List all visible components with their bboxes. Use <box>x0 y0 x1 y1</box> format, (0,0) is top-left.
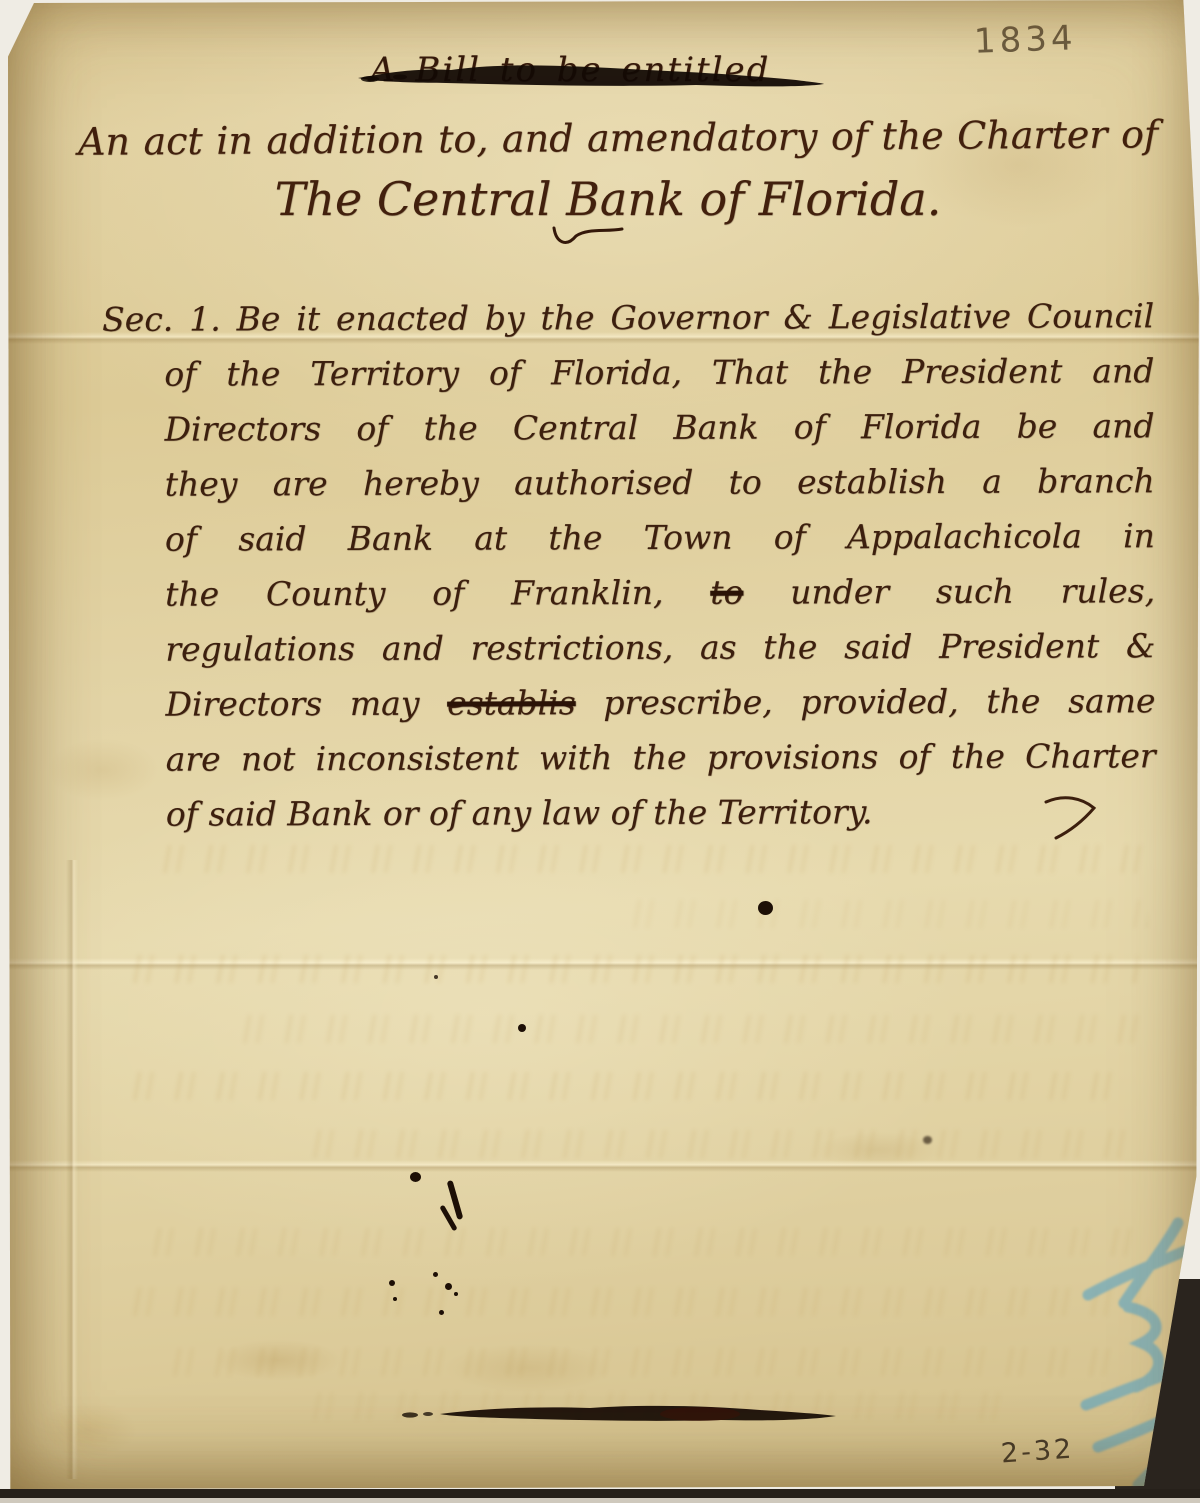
bottom-ink-smear <box>400 1396 840 1432</box>
ink-speck <box>433 1272 438 1277</box>
body-lines: Sec. 1. Be it enacted by the Governor & … <box>102 288 1156 842</box>
line-text: under such rules, <box>743 571 1155 611</box>
ink-spot <box>758 901 773 915</box>
bleedthrough-row <box>128 955 1138 983</box>
ink-speck <box>393 1297 397 1301</box>
ink-speck <box>434 975 438 979</box>
paper-sheet: 1834 2-32 A Bill to be entitled An act i… <box>8 0 1200 1489</box>
bleedthrough-row <box>128 1288 1148 1316</box>
manuscript-line: Sec. 1. Be it enacted by the Governor & … <box>102 288 1154 347</box>
manuscript-line: are not inconsistent with the provisions… <box>104 728 1156 787</box>
struck-out-title: A Bill to be entitled <box>370 50 790 90</box>
manuscript-line: Directors of the Central Bank of Florida… <box>102 398 1154 457</box>
line-text: they are hereby authorised to establish … <box>165 461 1155 503</box>
vertical-crease <box>66 860 78 1479</box>
page-code-annotation: 2-32 <box>1000 1433 1075 1469</box>
act-title-line-2: The Central Bank of Florida. <box>8 172 1200 226</box>
manuscript-line: they are hereby authorised to establish … <box>103 453 1155 512</box>
ink-speck <box>389 1280 395 1286</box>
manuscript-scan: 1834 2-32 A Bill to be entitled An act i… <box>0 0 1200 1503</box>
line-text: Directors may <box>165 684 447 724</box>
bleedthrough-row <box>148 1228 1148 1256</box>
faint-ink-spot <box>923 1136 932 1144</box>
title-flourish <box>548 222 628 252</box>
manuscript-line: of the Territory of Florida, That the Pr… <box>102 343 1154 402</box>
ink-spot <box>410 1172 421 1182</box>
bleedthrough-row <box>168 1348 1128 1376</box>
line-text: the County of Franklin, <box>165 573 710 614</box>
line-text: Directors of the Central Bank of Florida… <box>164 406 1154 448</box>
struck-word: to <box>710 573 743 612</box>
ink-speck <box>445 1283 452 1290</box>
manuscript-line: the County of Franklin, to under such ru… <box>103 563 1155 622</box>
line-text: of said Bank or of any law of the Territ… <box>166 792 873 833</box>
bleedthrough-row <box>158 845 1148 873</box>
bleedthrough-row <box>128 1072 1128 1100</box>
year-annotation: 1834 <box>973 18 1077 62</box>
bleedthrough-row <box>628 900 1148 928</box>
line-text: prescribe, provided, the same <box>576 681 1156 722</box>
line-text: are not inconsistent with the provisions… <box>166 736 1156 778</box>
bleedthrough-row <box>308 1130 1138 1158</box>
manuscript-line: Directors may establis prescribe, provid… <box>103 673 1155 732</box>
bleedthrough-row <box>308 1392 1008 1420</box>
line-text: of the Territory of Florida, That the Pr… <box>164 351 1154 393</box>
manuscript-line: regulations and restrictions, as the sai… <box>103 618 1155 677</box>
scanner-bed-edge <box>0 1498 1200 1503</box>
fold-crease-bottom <box>8 1160 1200 1172</box>
bleedthrough-row <box>238 1015 1138 1043</box>
line-text: of said Bank at the Town of Appalachicol… <box>165 516 1155 558</box>
line-text: regulations and restrictions, as the sai… <box>165 626 1155 668</box>
struck-word: establis <box>447 683 576 722</box>
ink-speck <box>439 1310 444 1315</box>
fold-crease-middle <box>8 958 1200 970</box>
manuscript-line: of said Bank at the Town of Appalachicol… <box>103 508 1155 567</box>
ink-spot <box>518 1024 526 1032</box>
line-text: Sec. 1. Be it enacted by the Governor & … <box>102 296 1154 339</box>
ink-speck <box>454 1292 458 1296</box>
paper-bottom-shadow <box>0 1489 1200 1498</box>
manuscript-line: of said Bank or of any law of the Territ… <box>104 783 1156 842</box>
act-title-line-1: An act in addition to, and amendatory of… <box>78 112 1158 164</box>
